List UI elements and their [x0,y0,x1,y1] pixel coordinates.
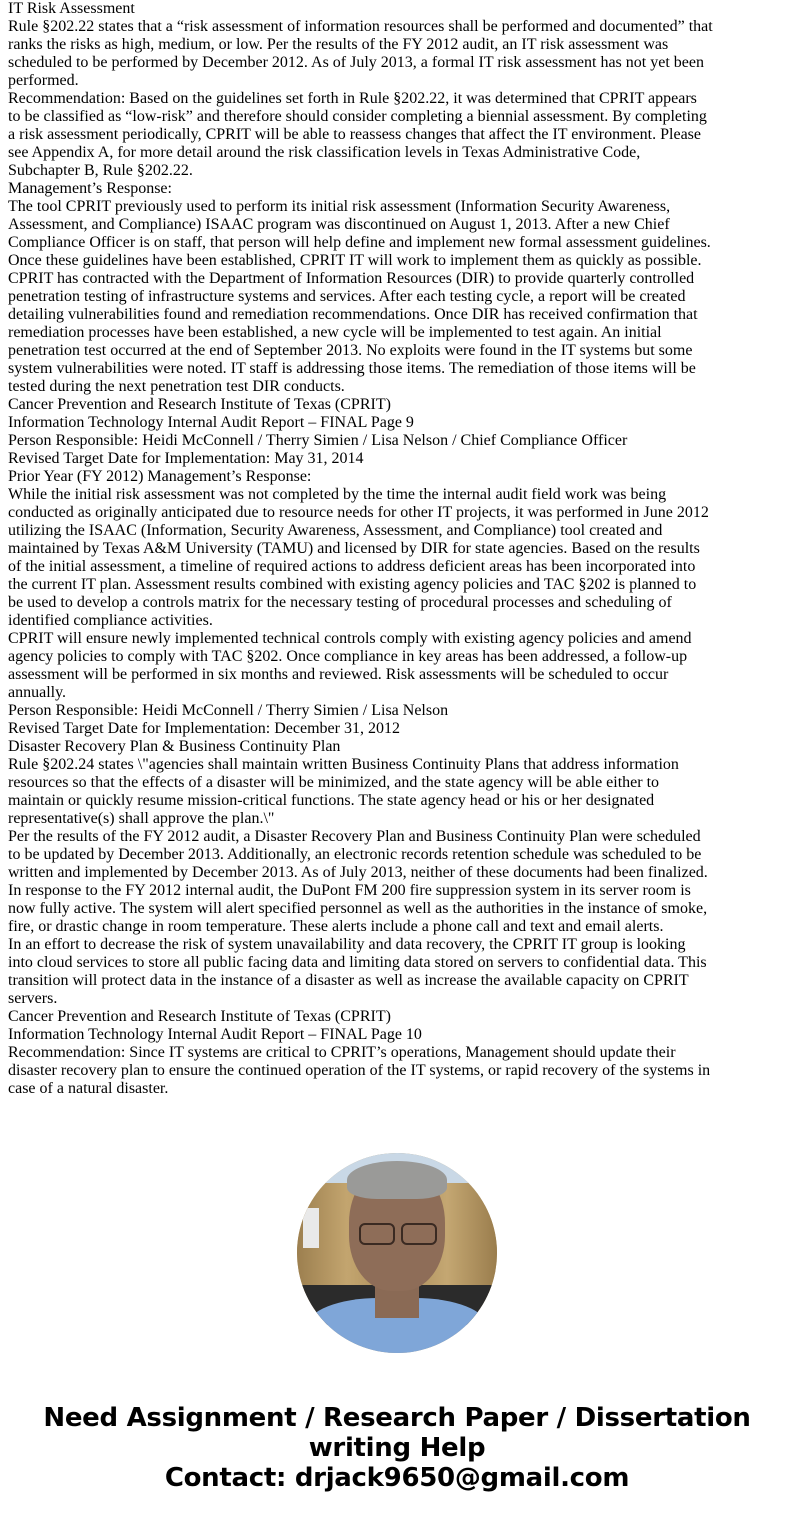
promo-banner: Need Assignment / Research Paper / Disse… [0,1403,794,1493]
paragraph: Recommendation: Since IT systems are cri… [8,1044,713,1098]
paragraph: Revised Target Date for Implementation: … [8,450,713,468]
document-body: IT Risk Assessment Rule §202.22 states t… [8,0,713,1122]
avatar-hair [347,1161,447,1199]
paragraph: CPRIT has contracted with the Department… [8,270,713,396]
promo-line-1: Need Assignment / Research Paper / Disse… [0,1403,794,1433]
avatar-switchboard [303,1208,319,1248]
page-footer: Information Technology Internal Audit Re… [8,414,713,432]
page-footer: Cancer Prevention and Research Institute… [8,396,713,414]
paragraph: Per the results of the FY 2012 audit, a … [8,828,713,882]
glasses-icon [359,1223,395,1245]
paragraph: Rule §202.22 states that a “risk assessm… [8,18,713,90]
glasses-icon [401,1223,437,1245]
paragraph: Person Responsible: Heidi McConnell / Th… [8,432,713,450]
paragraph: Person Responsible: Heidi McConnell / Th… [8,702,713,720]
author-avatar [297,1153,497,1353]
paragraph: Revised Target Date for Implementation: … [8,720,713,738]
paragraph: Recommendation: Based on the guidelines … [8,90,713,180]
paragraph: Prior Year (FY 2012) Management’s Respon… [8,468,713,486]
promo-line-2: writing Help [0,1433,794,1463]
paragraph: Management’s Response: [8,180,713,198]
paragraph: Rule §202.24 states \"agencies shall mai… [8,756,713,828]
paragraph: CPRIT will ensure newly implemented tech… [8,630,713,702]
section-heading: Disaster Recovery Plan & Business Contin… [8,738,713,756]
paragraph: The tool CPRIT previously used to perfor… [8,198,713,270]
page-footer: Cancer Prevention and Research Institute… [8,1008,713,1026]
page-footer: Information Technology Internal Audit Re… [8,1026,713,1044]
paragraph: While the initial risk assessment was no… [8,486,713,630]
paragraph: In an effort to decrease the risk of sys… [8,936,713,1008]
section-heading: IT Risk Assessment [8,0,713,18]
promo-contact: Contact: drjack9650@gmail.com [0,1463,794,1493]
paragraph: In response to the FY 2012 internal audi… [8,882,713,936]
